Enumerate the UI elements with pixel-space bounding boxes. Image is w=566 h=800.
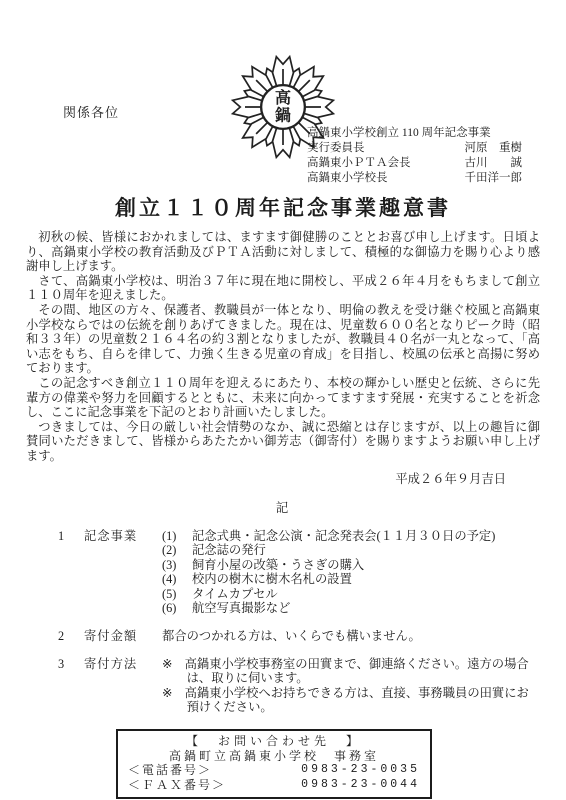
list-item: (2) 記念誌の発行 bbox=[162, 543, 540, 558]
item-text: タイムカプセル bbox=[192, 587, 278, 602]
paragraph: 初秋の候、皆様におかれましては、ますます御健勝のこととお喜び申し上げます。日頃よ… bbox=[26, 230, 540, 274]
officer-name: 千田洋一郎 bbox=[465, 171, 523, 186]
officer-name: 古川 誠 bbox=[465, 156, 523, 171]
section-number: 1 bbox=[58, 529, 84, 544]
note-marker: ※ bbox=[162, 686, 172, 700]
page-title: 創立１１０周年記念事業趣意書 bbox=[0, 192, 566, 222]
note-text: 高鍋東小学校事務室の田實まで、御連絡ください。遠方の場合は、取りに伺います。 bbox=[185, 657, 529, 686]
paragraph: その間、地区の方々、保護者、教職員が一体となり、明倫の教えを受け継ぐ校風と高鍋東… bbox=[26, 303, 540, 376]
officer-name: 河原 重樹 bbox=[465, 141, 523, 156]
paragraph: つきましては、今日の厳しい社会情勢のなか、誠に恐縮とは存じますが、以上の趣旨に御… bbox=[26, 420, 540, 464]
list-item: (1) 記念式典・記念公演・記念発表会(１１月３０日の予定) bbox=[162, 529, 540, 544]
contact-box: 【 お問い合わせ先 】 高鍋町立高鍋東小学校 事務室 ＜電話番号＞ 0983-2… bbox=[116, 729, 432, 799]
fax-number: 0983-23-0044 bbox=[301, 778, 420, 793]
list-item: (3) 飼育小屋の改築・うさぎの購入 bbox=[162, 558, 540, 573]
project-name-line: 高鍋東小学校創立 110 周年記念事業 bbox=[307, 126, 522, 141]
section-text: 都合のつかれる方は、いくらでも構いません。 bbox=[162, 629, 540, 644]
item-marker: (4) bbox=[162, 572, 192, 587]
section-number: 3 bbox=[58, 657, 84, 672]
item-marker: (6) bbox=[162, 601, 192, 616]
recipient-line: 関係各位 bbox=[63, 102, 119, 121]
list-item: (6) 航空写真撮影など bbox=[162, 601, 540, 616]
section-content: (1) 記念式典・記念公演・記念発表会(１１月３０日の予定) (2) 記念誌の発… bbox=[162, 529, 540, 617]
item-marker: (3) bbox=[162, 558, 192, 573]
note-marker: ※ bbox=[162, 657, 172, 671]
section-donation-amount: 2 寄付金額 都合のつかれる方は、いくらでも構いません。 bbox=[58, 629, 540, 644]
section-label: 寄付金額 bbox=[84, 629, 158, 644]
officer-title: 高鍋東小学校長 bbox=[307, 171, 388, 186]
officer-row: 高鍋東小学校長 千田洋一郎 bbox=[307, 171, 522, 186]
paragraph: この記念すべき創立１１０周年を迎えるにあたり、本校の輝かしい歴史と伝統、さらに先… bbox=[26, 376, 540, 420]
item-text: 飼育小屋の改築・うさぎの購入 bbox=[192, 558, 364, 573]
contact-heading: 【 お問い合わせ先 】 bbox=[128, 734, 420, 749]
document-page: 関係各位 bbox=[0, 0, 566, 800]
contact-fax-row: ＜ＦＡＸ番号＞ 0983-23-0044 bbox=[128, 778, 420, 793]
item-text: 記念誌の発行 bbox=[192, 543, 266, 558]
item-marker: (2) bbox=[162, 543, 192, 558]
note-text: 高鍋東小学校へお持ちできる方は、直接、事務職員の田實にお預けください。 bbox=[185, 686, 529, 715]
item-text: 記念式典・記念公演・記念発表会(１１月３０日の予定) bbox=[192, 529, 495, 544]
section-commemorative-projects: 1 記念事業 (1) 記念式典・記念公演・記念発表会(１１月３０日の予定) (2… bbox=[58, 529, 540, 617]
list-item: (5) タイムカプセル bbox=[162, 587, 540, 602]
sections: 1 記念事業 (1) 記念式典・記念公演・記念発表会(１１月３０日の予定) (2… bbox=[58, 529, 540, 716]
method-note: ※高鍋東小学校へお持ちできる方は、直接、事務職員の田實にお預けください。 bbox=[162, 686, 540, 715]
emblem-char-top: 高 bbox=[275, 88, 291, 107]
officer-title: 高鍋東小ＰＴＡ会長 bbox=[307, 156, 411, 171]
emblem-char-bottom: 鍋 bbox=[275, 105, 291, 124]
body-text: 初秋の候、皆様におかれましては、ますます御健勝のこととお喜び申し上げます。日頃よ… bbox=[0, 230, 566, 464]
item-text: 航空写真撮影など bbox=[192, 601, 290, 616]
section-label: 寄付方法 bbox=[84, 657, 158, 672]
item-marker: (5) bbox=[162, 587, 192, 602]
record-marker: 記 bbox=[0, 498, 566, 516]
section-label: 記念事業 bbox=[84, 529, 158, 544]
contact-tel-row: ＜電話番号＞ 0983-23-0035 bbox=[128, 763, 420, 778]
section-number: 2 bbox=[58, 629, 84, 644]
item-text: 校内の樹木に樹木名札の設置 bbox=[192, 572, 352, 587]
paragraph: さて、高鍋東小学校は、明治３７年に現在地に開校し、平成２６年４月をもちまして創立… bbox=[26, 274, 540, 303]
document-header: 関係各位 bbox=[0, 0, 566, 190]
section-content: ※高鍋東小学校事務室の田實まで、御連絡ください。遠方の場合は、取りに伺います。 … bbox=[162, 657, 540, 715]
list-item: (4) 校内の樹木に樹木名札の設置 bbox=[162, 572, 540, 587]
fax-label: ＜ＦＡＸ番号＞ bbox=[128, 778, 226, 793]
committee-block: 高鍋東小学校創立 110 周年記念事業 実行委員長 河原 重樹 高鍋東小ＰＴＡ会… bbox=[307, 126, 522, 186]
officer-row: 高鍋東小ＰＴＡ会長 古川 誠 bbox=[307, 156, 522, 171]
date-line: 平成２６年９月吉日 bbox=[0, 469, 566, 487]
item-marker: (1) bbox=[162, 529, 192, 544]
contact-office-name: 高鍋町立高鍋東小学校 事務室 bbox=[128, 749, 420, 764]
method-note: ※高鍋東小学校事務室の田實まで、御連絡ください。遠方の場合は、取りに伺います。 bbox=[162, 657, 540, 686]
officer-title: 実行委員長 bbox=[307, 141, 365, 156]
section-donation-method: 3 寄付方法 ※高鍋東小学校事務室の田實まで、御連絡ください。遠方の場合は、取り… bbox=[58, 657, 540, 715]
officer-row: 実行委員長 河原 重樹 bbox=[307, 141, 522, 156]
tel-label: ＜電話番号＞ bbox=[128, 763, 212, 778]
tel-number: 0983-23-0035 bbox=[301, 763, 420, 778]
